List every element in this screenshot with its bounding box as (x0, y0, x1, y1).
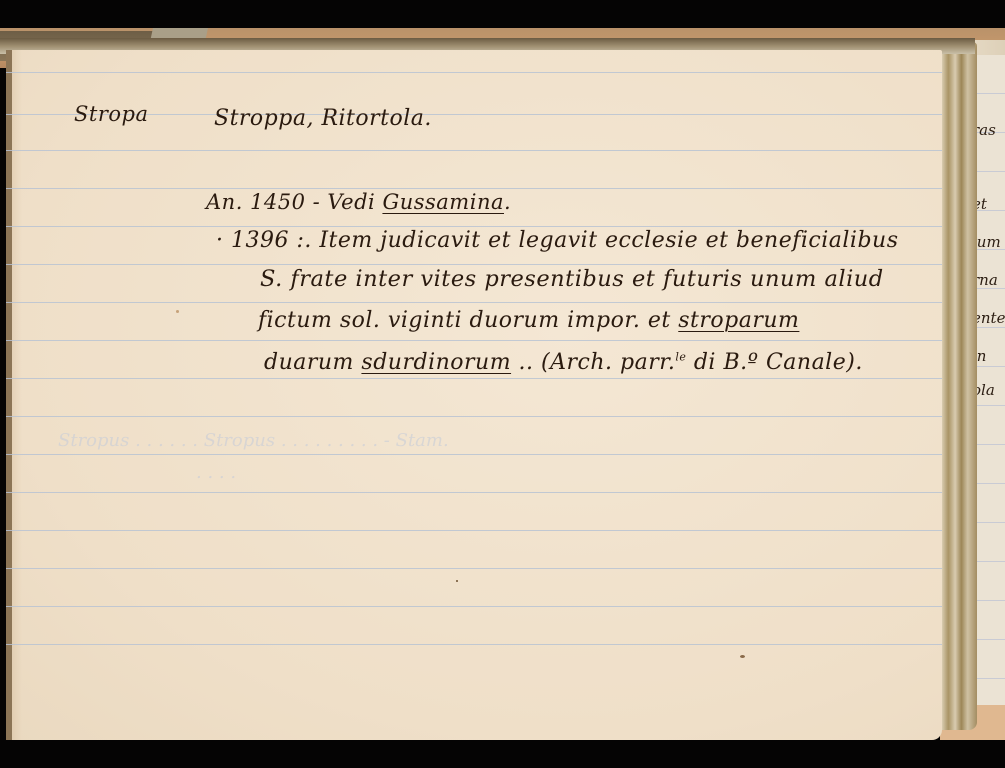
paper-speck (176, 310, 179, 313)
cross-reference-link: Gussamina (382, 190, 504, 214)
gutter (6, 50, 12, 740)
ruled-line (6, 150, 942, 151)
ruled-line (6, 644, 942, 645)
ruled-line (6, 340, 942, 341)
notebook-page: Stropus . . . . . . Stropus . . . . . . … (6, 50, 942, 740)
superscript: le (675, 351, 686, 364)
entry-line-1: An. 1450 - Vedi Gussamina. (206, 190, 511, 214)
ruled-line (6, 606, 942, 607)
ruled-line (6, 378, 942, 379)
ruled-line (6, 302, 942, 303)
line-text: impor. et (560, 308, 679, 333)
underlined-term: stroparum (678, 308, 799, 333)
scanned-notebook: ras et lum rna ente in ola · Stropus . .… (0, 0, 1005, 768)
ruled-line (6, 568, 942, 569)
entry-title: Stroppa, Ritortola. (214, 106, 432, 131)
underlined-term: sdurdinorum (361, 350, 511, 375)
ruled-line (6, 492, 942, 493)
entry-line-3: S. frate inter vites presentibus et futu… (260, 266, 884, 292)
line-text: fictum sol. viginti duorum (258, 308, 560, 333)
ruled-line (6, 264, 942, 265)
ruled-line (6, 72, 942, 73)
line-text: duarum (264, 350, 361, 375)
entry-line-2: · 1396 :. Item judicavit et legavit eccl… (216, 228, 899, 253)
ruled-line (6, 226, 942, 227)
line-text: An. 1450 - Vedi (206, 190, 382, 214)
line-text: . (504, 190, 511, 214)
paper-speck (456, 580, 458, 582)
ruled-line (6, 454, 942, 455)
show-through-text: Stropus . . . . . . Stropus . . . . . . … (58, 430, 449, 451)
ruled-line (6, 188, 942, 189)
ruled-line (6, 416, 942, 417)
headword: Stropa (74, 102, 148, 126)
entry-line-4: fictum sol. viginti duorum impor. et str… (258, 308, 799, 333)
line-text: di B.º Canale). (686, 350, 862, 375)
paper-speck (740, 655, 745, 658)
line-text: .. (Arch. parr. (511, 350, 675, 375)
ruled-line (6, 530, 942, 531)
entry-line-5: duarum sdurdinorum .. (Arch. parr.le di … (264, 350, 863, 375)
show-through-text: . . . . (196, 462, 236, 483)
